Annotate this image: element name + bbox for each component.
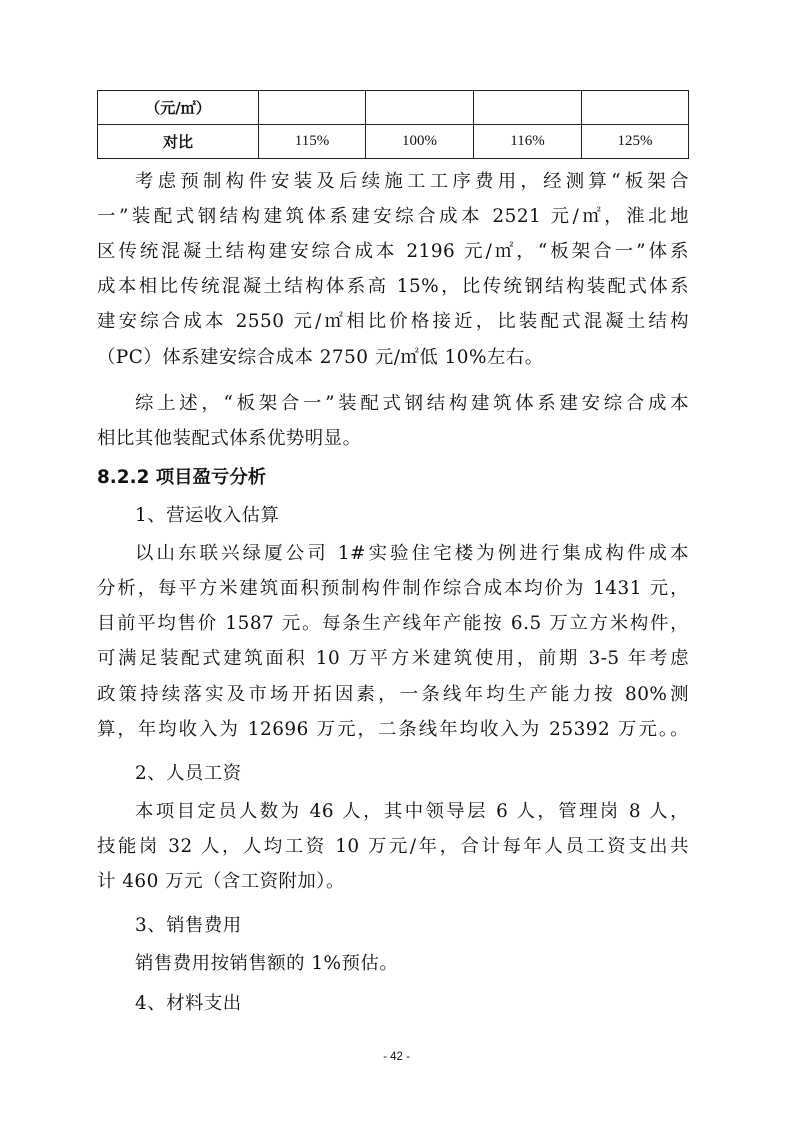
paragraph-line: 成本相比传统混凝土结构体系高 15%，比传统钢结构装配式体系 xyxy=(97,273,689,301)
document-page: （元/㎡） 对比 115% 100% 116% 125% 考虑预制构件安装及后续… xyxy=(0,0,793,1122)
paragraph-line: 技能岗 32 人，人均工资 10 万元/年，合计每年人员工资支出共 xyxy=(97,833,689,861)
paragraph-line: 区传统混凝土结构建安综合成本 2196 元/㎡，“板架合一”体系 xyxy=(97,238,689,266)
table-cell xyxy=(474,91,582,125)
subsection-title: 2、人员工资 xyxy=(135,760,689,788)
table-cell: 116% xyxy=(474,125,582,159)
table-cell: 125% xyxy=(582,125,689,159)
paragraph-line: 可满足装配式建筑面积 10 万平方米建筑使用，前期 3-5 年考虑 xyxy=(97,645,689,673)
paragraph-line: 一”装配式钢结构建筑体系建安综合成本 2521 元/㎡，淮北地 xyxy=(97,203,689,231)
table-cell xyxy=(366,91,474,125)
section-heading: 8.2.2 项目盈亏分析 xyxy=(97,464,689,492)
table-cell xyxy=(259,91,366,125)
paragraph-line: 销售费用按销售额的 1%预估。 xyxy=(135,950,689,978)
table-cell: 115% xyxy=(259,125,366,159)
page-number: - 42 - xyxy=(0,1051,793,1063)
paragraph-line: 分析，每平方米建筑面积预制构件制作综合成本均价为 1431 元， xyxy=(97,575,689,603)
subsection-title: 3、销售费用 xyxy=(135,912,689,940)
subsection-title: 1、营运收入估算 xyxy=(135,502,689,530)
subsection-title: 4、材料支出 xyxy=(135,990,689,1018)
paragraph-line: 综上述，“板架合一”装配式钢结构建筑体系建安综合成本 xyxy=(135,390,689,418)
cost-comparison-table: （元/㎡） 对比 115% 100% 116% 125% xyxy=(97,90,689,159)
table-row: （元/㎡） xyxy=(98,91,689,125)
paragraph-line: 计 460 万元（含工资附加）。 xyxy=(97,868,689,896)
paragraph-line: 算，年均收入为 12696 万元，二条线年均收入为 25392 万元。。 xyxy=(97,716,689,744)
paragraph-line: 考虑预制构件安装及后续施工工序费用，经测算“板架合 xyxy=(135,168,689,196)
paragraph-line: 目前平均售价 1587 元。每条生产线年产能按 6.5 万立方米构件， xyxy=(97,610,689,638)
table-row: 对比 115% 100% 116% 125% xyxy=(98,125,689,159)
paragraph-line: 以山东联兴绿厦公司 1#实验住宅楼为例进行集成构件成本 xyxy=(135,540,689,568)
table-cell: 100% xyxy=(366,125,474,159)
table-cell xyxy=(582,91,689,125)
row-label-unit: （元/㎡） xyxy=(98,91,259,125)
paragraph-line: 相比其他装配式体系优势明显。 xyxy=(97,425,689,453)
paragraph-line: （PC）体系建安综合成本 2750 元/㎡低 10%左右。 xyxy=(97,344,689,372)
paragraph-line: 本项目定员人数为 46 人，其中领导层 6 人，管理岗 8 人， xyxy=(135,798,689,826)
paragraph-line: 建安综合成本 2550 元/㎡相比价格接近，比装配式混凝土结构 xyxy=(97,308,689,336)
paragraph-line: 政策持续落实及市场开拓因素，一条线年均生产能力按 80%测 xyxy=(97,681,689,709)
row-label-comparison: 对比 xyxy=(98,125,259,159)
